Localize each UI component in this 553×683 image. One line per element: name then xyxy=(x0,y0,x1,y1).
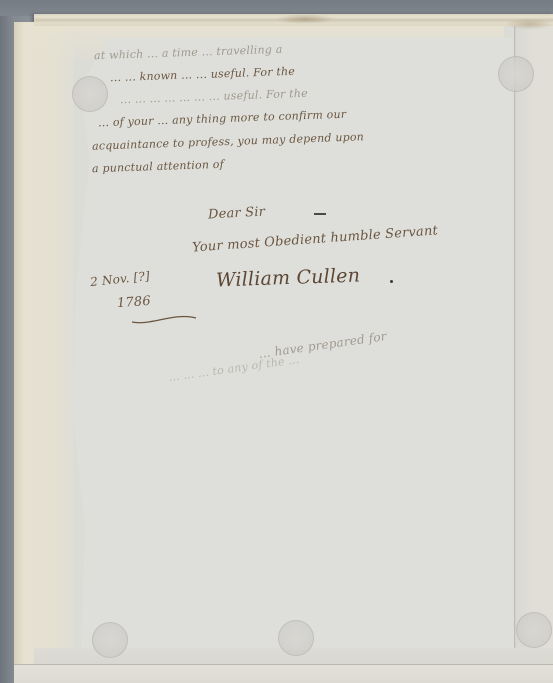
hinge-circle xyxy=(278,620,314,656)
ink-dot xyxy=(390,280,393,283)
hinge-circle xyxy=(92,622,128,658)
hinge-circle xyxy=(516,612,552,648)
mount-left-margin xyxy=(14,22,74,664)
hinge-circle xyxy=(498,56,534,92)
stain-mark xyxy=(275,14,335,24)
stain-mark xyxy=(505,18,553,30)
underlying-sheet xyxy=(14,664,553,683)
salutation: Dear Sir xyxy=(208,205,266,223)
dash-mark xyxy=(314,213,326,215)
hinge-circle xyxy=(72,76,108,112)
mount-right-margin xyxy=(514,24,553,664)
flourish-stroke xyxy=(130,308,200,328)
